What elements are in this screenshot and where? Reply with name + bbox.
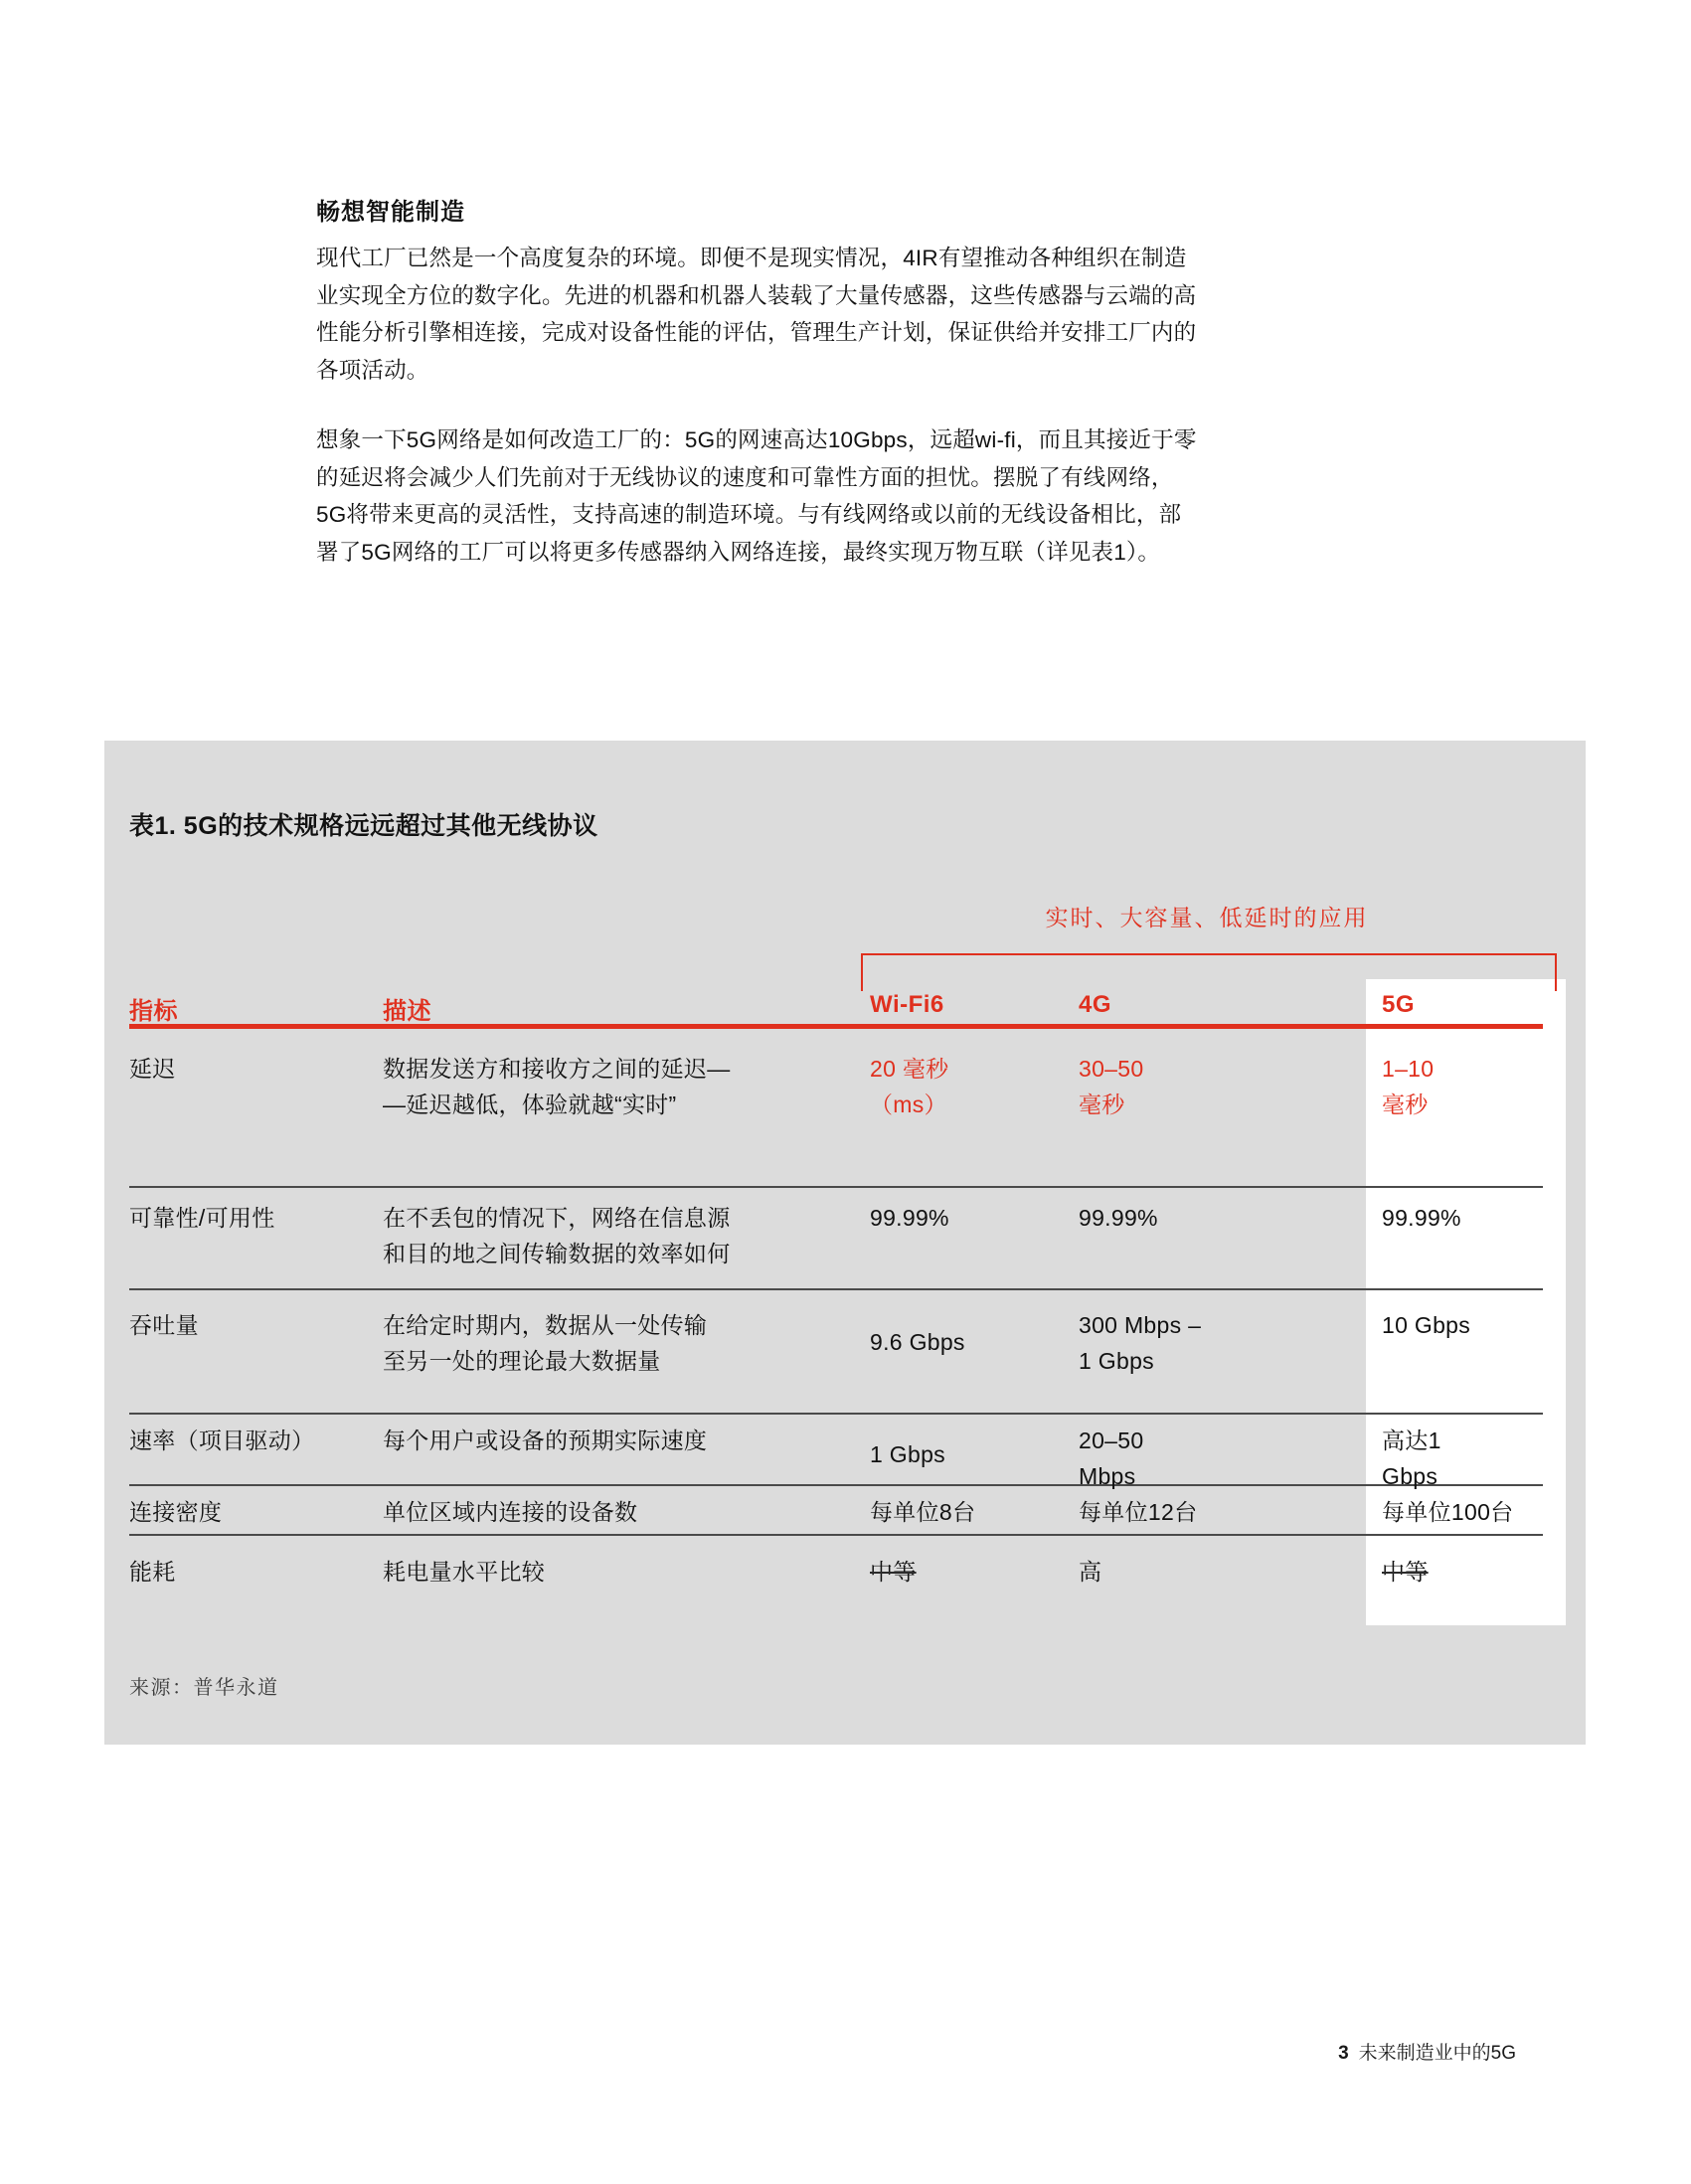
cell-line: 99.99%	[1382, 1200, 1543, 1236]
source-note: 来源：普华永道	[129, 1671, 279, 1700]
table-row: 速率（项目驱动）每个用户或设备的预期实际速度1 Gbps20–50Mbps高达1…	[129, 1415, 1543, 1486]
cell-line: 在给定时期内，数据从一处传输	[383, 1307, 870, 1343]
table-title: 表1. 5G的技术规格远远超过其他无线协议	[129, 806, 598, 842]
cell-line: 可靠性/可用性	[129, 1200, 383, 1236]
cell-line: 毫秒	[1079, 1087, 1382, 1122]
table-row: 连接密度单位区域内连接的设备数每单位8台每单位12台每单位100台	[129, 1486, 1543, 1536]
cell-line: 1–10	[1382, 1051, 1543, 1087]
cell-line: 延迟	[129, 1051, 383, 1087]
cell-line: 吞吐量	[129, 1307, 383, 1343]
table-row: 延迟数据发送方和接收方之间的延迟——延迟越低，体验就越“实时”20 毫秒（ms）…	[129, 1029, 1543, 1188]
cell-g5: 1–10毫秒	[1382, 1051, 1543, 1186]
paragraph-line: 5G将带来更高的灵活性，支持高速的制造环境。与有线网络或以前的无线设备相比，部	[316, 496, 1156, 534]
paragraph-line: 署了5G网络的工厂可以将更多传感器纳入网络连接，最终实现万物互联（详见表1）。	[316, 534, 1156, 572]
paragraph-line: 业实现全方位的数字化。先进的机器和机器人装载了大量传感器，这些传感器与云端的高	[316, 277, 1156, 315]
paragraph-1: 现代工厂已然是一个高度复杂的环境。即便不是现实情况，4IR有望推动各种组织在制造…	[316, 240, 1156, 389]
cell-wifi6: 1 Gbps	[870, 1423, 1079, 1494]
cell-wifi6: 9.6 Gbps	[870, 1307, 1079, 1413]
paragraph-line: 性能分析引擎相连接，完成对设备性能的评估，管理生产计划，保证供给并安排工厂内的	[316, 314, 1156, 352]
cell-indicator: 能耗	[129, 1554, 383, 1623]
cell-line: 20–50	[1079, 1423, 1382, 1458]
cell-g4: 每单位12台	[1079, 1494, 1382, 1534]
cell-line: 速率（项目驱动）	[129, 1423, 383, 1458]
comparison-table: 指标 描述 Wi-Fi6 4G 5G 延迟数据发送方和接收方之间的延迟——延迟越…	[129, 991, 1543, 1623]
cell-g5: 每单位100台	[1382, 1494, 1543, 1534]
column-header-5g: 5G	[1382, 991, 1543, 1026]
cell-description: 在给定时期内，数据从一处传输至另一处的理论最大数据量	[383, 1307, 870, 1413]
cell-line: 1 Gbps	[1079, 1343, 1382, 1379]
cell-g5: 99.99%	[1382, 1200, 1543, 1288]
section-heading: 畅想智能制造	[316, 192, 1156, 227]
cell-line: 高达1	[1382, 1423, 1543, 1458]
cell-line: Gbps	[1382, 1458, 1543, 1494]
cell-indicator: 速率（项目驱动）	[129, 1423, 383, 1494]
cell-wifi6: 中等	[870, 1554, 1079, 1623]
footer-doc-title: 未来制造业中的5G	[1359, 2043, 1516, 2064]
table-row: 可靠性/可用性在不丢包的情况下，网络在信息源和目的地之间传输数据的效率如何99.…	[129, 1188, 1543, 1290]
cell-g4: 300 Mbps –1 Gbps	[1079, 1307, 1382, 1413]
column-header-description: 描述	[383, 991, 870, 1026]
page-number: 3	[1338, 2043, 1349, 2064]
column-header-4g: 4G	[1079, 991, 1382, 1026]
page-footer: 3未来制造业中的5G	[1338, 2038, 1516, 2065]
document-page: 畅想智能制造 现代工厂已然是一个高度复杂的环境。即便不是现实情况，4IR有望推动…	[0, 0, 1691, 2184]
cell-line: 中等	[1382, 1554, 1446, 1590]
table-header-row: 指标 描述 Wi-Fi6 4G 5G	[129, 991, 1543, 1029]
cell-description: 单位区域内连接的设备数	[383, 1494, 870, 1534]
cell-g5: 中等	[1382, 1554, 1543, 1623]
cell-line: —延迟越低，体验就越“实时”	[383, 1087, 870, 1122]
cell-g4: 高	[1079, 1554, 1382, 1623]
table-row: 能耗耗电量水平比较中等高中等	[129, 1536, 1543, 1623]
paragraph-line: 各项活动。	[316, 352, 1156, 390]
cell-line: 耗电量水平比较	[383, 1554, 870, 1590]
column-header-indicator: 指标	[129, 991, 383, 1026]
bracket-label: 实时、大容量、低延时的应用	[861, 900, 1553, 932]
cell-indicator: 吞吐量	[129, 1307, 383, 1413]
cell-indicator: 连接密度	[129, 1494, 383, 1534]
paragraph-line: 想象一下5G网络是如何改造工厂的：5G的网速高达10Gbps，远超wi-fi，而…	[316, 421, 1156, 459]
cell-line: 单位区域内连接的设备数	[383, 1494, 870, 1530]
cell-wifi6: 20 毫秒（ms）	[870, 1051, 1079, 1186]
cell-description: 耗电量水平比较	[383, 1554, 870, 1623]
cell-line: 至另一处的理论最大数据量	[383, 1343, 870, 1379]
cell-line: 300 Mbps –	[1079, 1307, 1382, 1343]
cell-line: 能耗	[129, 1554, 383, 1590]
cell-line: 每个用户或设备的预期实际速度	[383, 1423, 870, 1458]
table-row: 吞吐量在给定时期内，数据从一处传输至另一处的理论最大数据量9.6 Gbps300…	[129, 1290, 1543, 1415]
cell-line: 9.6 Gbps	[870, 1324, 1079, 1360]
paragraph-line: 现代工厂已然是一个高度复杂的环境。即便不是现实情况，4IR有望推动各种组织在制造	[316, 240, 1156, 277]
cell-line: 10 Gbps	[1382, 1307, 1543, 1343]
cell-description: 数据发送方和接收方之间的延迟——延迟越低，体验就越“实时”	[383, 1051, 870, 1186]
cell-line: 20 毫秒	[870, 1051, 1079, 1087]
column-header-wifi6: Wi-Fi6	[870, 991, 1079, 1026]
cell-line: 30–50	[1079, 1051, 1382, 1087]
cell-line: 每单位8台	[870, 1494, 1079, 1530]
paragraph-line: 的延迟将会减少人们先前对于无线协议的速度和可靠性方面的担忧。摆脱了有线网络，	[316, 459, 1156, 497]
cell-g4: 99.99%	[1079, 1200, 1382, 1288]
cell-indicator: 延迟	[129, 1051, 383, 1186]
cell-wifi6: 99.99%	[870, 1200, 1079, 1288]
cell-line: （ms）	[870, 1087, 1079, 1122]
cell-line: 连接密度	[129, 1494, 383, 1530]
cell-line: Mbps	[1079, 1458, 1382, 1494]
cell-line: 在不丢包的情况下，网络在信息源	[383, 1200, 870, 1236]
cell-g5: 10 Gbps	[1382, 1307, 1543, 1413]
cell-line: 中等	[870, 1554, 934, 1590]
cell-line: 高	[1079, 1554, 1382, 1590]
cell-line: 数据发送方和接收方之间的延迟—	[383, 1051, 870, 1087]
cell-line: 和目的地之间传输数据的效率如何	[383, 1236, 870, 1271]
cell-line: 99.99%	[1079, 1200, 1382, 1236]
cell-g4: 30–50毫秒	[1079, 1051, 1382, 1186]
cell-g5: 高达1Gbps	[1382, 1423, 1543, 1494]
cell-line: 1 Gbps	[870, 1436, 1079, 1472]
paragraph-2: 想象一下5G网络是如何改造工厂的：5G的网速高达10Gbps，远超wi-fi，而…	[316, 421, 1156, 571]
cell-description: 每个用户或设备的预期实际速度	[383, 1423, 870, 1494]
cell-line: 毫秒	[1382, 1087, 1543, 1122]
table-panel: 表1. 5G的技术规格远远超过其他无线协议 实时、大容量、低延时的应用 指标 描…	[104, 741, 1586, 1745]
bracket-line	[861, 953, 1557, 991]
table-rows: 延迟数据发送方和接收方之间的延迟——延迟越低，体验就越“实时”20 毫秒（ms）…	[129, 1029, 1543, 1623]
cell-line: 每单位12台	[1079, 1494, 1382, 1530]
cell-wifi6: 每单位8台	[870, 1494, 1079, 1534]
cell-g4: 20–50Mbps	[1079, 1423, 1382, 1494]
article-section: 畅想智能制造 现代工厂已然是一个高度复杂的环境。即便不是现实情况，4IR有望推动…	[316, 192, 1156, 571]
cell-indicator: 可靠性/可用性	[129, 1200, 383, 1288]
cell-line: 每单位100台	[1382, 1494, 1543, 1530]
cell-description: 在不丢包的情况下，网络在信息源和目的地之间传输数据的效率如何	[383, 1200, 870, 1288]
cell-line: 99.99%	[870, 1200, 1079, 1236]
